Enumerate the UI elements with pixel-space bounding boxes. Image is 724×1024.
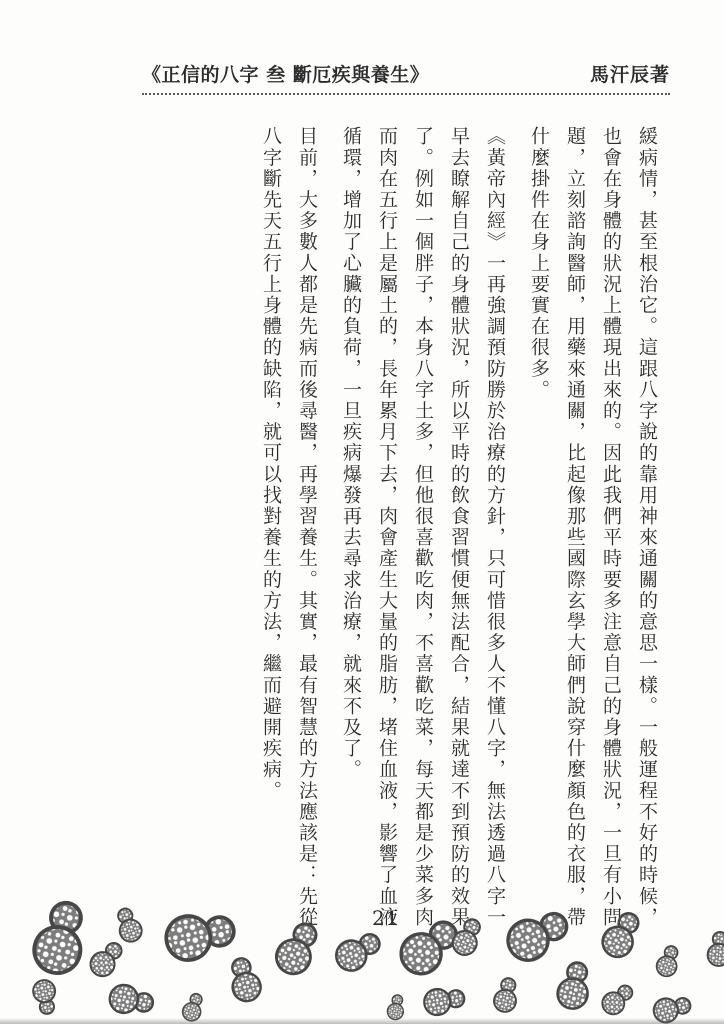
gourd-lace-stamp-icon — [501, 903, 575, 967]
gourd-lace-stamp-icon — [112, 905, 144, 945]
text-column: 什麼掛件在身上要實在很多。 — [521, 126, 557, 960]
text-area: 緩病情，甚至根治它。這跟八字說的靠用神來通關的意思一樣。一般運程不好的時候，也會… — [253, 126, 665, 960]
paragraph: 緩病情，甚至根治它。這跟八字說的靠用神來通關的意思一樣。一般運程不好的時候，也會… — [521, 126, 665, 960]
text-column: 《黃帝內經》一再強調預防勝於治療的方針，只可惜很多人不懂八字，無法透過八字一 — [477, 126, 513, 960]
text-column: 了。例如一個胖子，本身八字土多，但他很喜歡吃肉，不喜歡吃菜，每天都是少菜多肉， — [405, 126, 441, 960]
gourd-lace-stamp-icon — [422, 984, 466, 1017]
text-column: 題，立刻諮詢醫師，用藥來通關，比起像那些國際玄學大師們說穿什麼顏色的衣服，帶 — [557, 126, 593, 960]
gourd-lace-stamp-icon — [707, 931, 724, 967]
text-column: 目前，大多數人都是先病而後尋醫，再學習養生。其實，最有智慧的方法應該是：先從 — [289, 126, 325, 960]
text-column: 也會在身體的狀況上體現出來的。因此我們平時要多注意自己的身體狀況，一旦有小問 — [593, 126, 629, 960]
text-column: 緩病情，甚至根治它。這跟八字說的靠用神來通關的意思一樣。一般運程不好的時候， — [629, 126, 665, 960]
gourd-lace-stamp-icon — [225, 955, 263, 1004]
gourd-lace-stamp-icon — [86, 937, 128, 981]
gourd-lace-stamp-icon — [270, 917, 325, 979]
gourd-lace-stamp-icon — [597, 907, 646, 962]
scan-bottom-edge — [0, 1018, 724, 1024]
gourd-lace-stamp-icon — [492, 976, 521, 1014]
book-title: 《正信的八字 叁 斷厄疾與養生》 — [142, 60, 429, 87]
gourd-lace-stamp-icon — [29, 897, 92, 978]
gourd-lace-stamp-icon — [598, 980, 638, 1019]
text-column: 早去瞭解自己的身體狀況，所以平時的飲食習慣便無法配合，結果就達不到預防的效果 — [441, 126, 477, 960]
text-column: 而肉在五行上是屬土的，長年累月下去，肉會產生大量的脂肪，堵住血液，影響了血液 — [369, 126, 405, 960]
gourd-lace-stamp-icon — [108, 983, 156, 1018]
author-name: 馬汗辰著 — [590, 60, 670, 87]
text-column: 八字斷先天五行上身體的缺陷，就可以找對養生的方法，繼而避開疾病。 — [253, 126, 289, 960]
gourd-lace-stamp-icon — [386, 994, 406, 1021]
page-header: 《正信的八字 叁 斷厄疾與養生》 馬汗辰著 — [142, 60, 670, 95]
gourd-ornaments — [0, 894, 724, 1024]
gourd-lace-stamp-icon — [31, 978, 59, 1015]
gourd-lace-stamp-icon — [162, 907, 238, 964]
gourd-lace-stamp-icon — [555, 960, 594, 1012]
gourd-lace-stamp-icon — [331, 926, 386, 976]
paragraph: 目前，大多數人都是先病而後尋醫，再學習養生。其實，最有智慧的方法應該是：先從八字… — [253, 126, 325, 960]
gourd-lace-stamp-icon — [654, 943, 683, 979]
book-page: 《正信的八字 叁 斷厄疾與養生》 馬汗辰著 緩病情，甚至根治它。這跟八字說的靠用… — [0, 0, 724, 1024]
paragraph: 《黃帝內經》一再強調預防勝於治療的方針，只可惜很多人不懂八字，無法透過八字一早去… — [333, 126, 513, 960]
gourd-lace-stamp-icon — [449, 915, 486, 959]
text-column: 循環，增加了心臟的負荷，一旦疾病爆發再去尋求治療，就來不及了。 — [333, 126, 369, 960]
